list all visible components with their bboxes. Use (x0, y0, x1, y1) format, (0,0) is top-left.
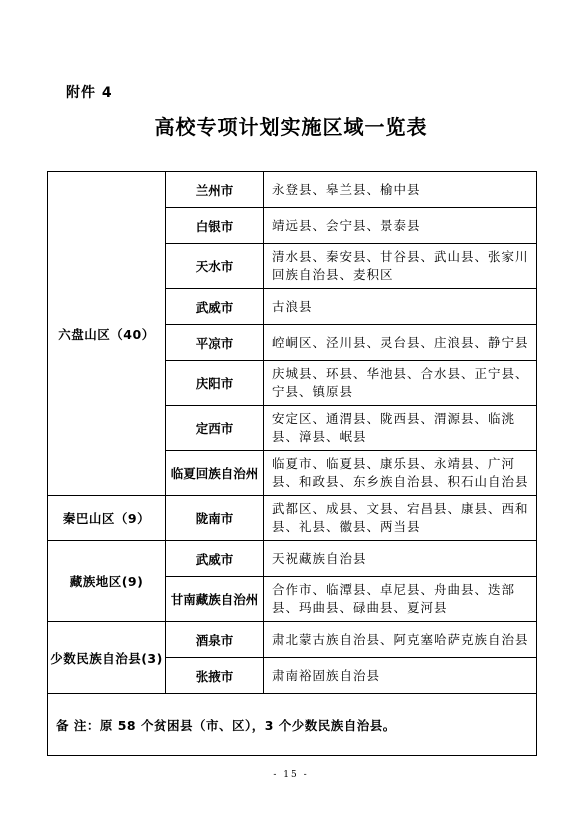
table-row-note: 备 注：原 58 个贫困县（市、区），3 个少数民族自治县。 (48, 694, 537, 756)
table-row: 六盘山区（40） 兰州市 永登县、皋兰县、榆中县 (48, 172, 537, 208)
city-cell: 陇南市 (166, 496, 264, 541)
city-cell: 张掖市 (166, 658, 264, 694)
table-row: 秦巴山区（9） 陇南市 武都区、成县、文县、宕昌县、康县、西和县、礼县、徽县、两… (48, 496, 537, 541)
city-cell: 临夏回族自治州 (166, 451, 264, 496)
table-row: 藏族地区(9) 武威市 天祝藏族自治县 (48, 541, 537, 577)
page-number: - 15 - (0, 770, 582, 780)
counties-cell: 天祝藏族自治县 (264, 541, 537, 577)
attachment-label: 附件 4 (66, 82, 113, 102)
city-cell: 兰州市 (166, 172, 264, 208)
counties-cell: 古浪县 (264, 289, 537, 325)
city-cell: 庆阳市 (166, 361, 264, 406)
city-cell: 武威市 (166, 289, 264, 325)
counties-cell: 合作市、临潭县、卓尼县、舟曲县、迭部县、玛曲县、碌曲县、夏河县 (264, 577, 537, 622)
counties-cell: 靖远县、会宁县、景泰县 (264, 208, 537, 244)
region-cell-qinbashan: 秦巴山区（9） (48, 496, 166, 541)
city-cell: 平凉市 (166, 325, 264, 361)
counties-cell: 庆城县、环县、华池县、合水县、正宁县、宁县、镇原县 (264, 361, 537, 406)
city-cell: 甘南藏族自治州 (166, 577, 264, 622)
city-cell: 天水市 (166, 244, 264, 289)
counties-cell: 安定区、通渭县、陇西县、渭源县、临洮县、漳县、岷县 (264, 406, 537, 451)
counties-cell: 肃北蒙古族自治县、阿克塞哈萨克族自治县 (264, 622, 537, 658)
counties-cell: 临夏市、临夏县、康乐县、永靖县、广河县、和政县、东乡族自治县、积石山自治县 (264, 451, 537, 496)
counties-cell: 武都区、成县、文县、宕昌县、康县、西和县、礼县、徽县、两当县 (264, 496, 537, 541)
city-cell: 定西市 (166, 406, 264, 451)
region-cell-zangzu: 藏族地区(9) (48, 541, 166, 622)
city-cell: 武威市 (166, 541, 264, 577)
note-cell: 备 注：原 58 个贫困县（市、区），3 个少数民族自治县。 (48, 694, 537, 756)
city-cell: 酒泉市 (166, 622, 264, 658)
document-page: 附件 4 高校专项计划实施区域一览表 六盘山区（40） 兰州市 永登县、皋兰县、… (0, 0, 582, 836)
counties-cell: 清水县、秦安县、甘谷县、武山县、张家川回族自治县、麦积区 (264, 244, 537, 289)
city-cell: 白银市 (166, 208, 264, 244)
counties-cell: 永登县、皋兰县、榆中县 (264, 172, 537, 208)
region-cell-shaoshuminzu: 少数民族自治县(3) (48, 622, 166, 694)
region-cell-liupanshan: 六盘山区（40） (48, 172, 166, 496)
counties-cell: 肃南裕固族自治县 (264, 658, 537, 694)
page-title: 高校专项计划实施区域一览表 (0, 111, 582, 140)
counties-cell: 崆峒区、泾川县、灵台县、庄浪县、静宁县 (264, 325, 537, 361)
region-table: 六盘山区（40） 兰州市 永登县、皋兰县、榆中县 白银市 靖远县、会宁县、景泰县… (47, 171, 537, 756)
table-row: 少数民族自治县(3) 酒泉市 肃北蒙古族自治县、阿克塞哈萨克族自治县 (48, 622, 537, 658)
